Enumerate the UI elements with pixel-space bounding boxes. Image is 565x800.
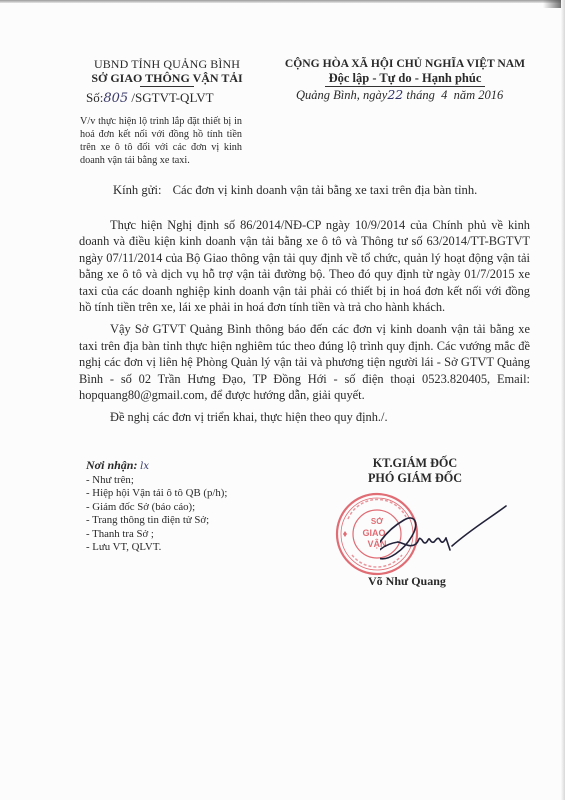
distribution-title: Nơi nhận:	[86, 458, 137, 472]
doc-number-handwritten: 805	[103, 91, 128, 106]
scanned-document-page: UBND TỈNH QUẢNG BÌNH SỞ GIAO THÔNG VẬN T…	[0, 0, 565, 800]
national-title: CỘNG HÒA XÃ HỘI CHỦ NGHĨA VIỆT NAM	[280, 57, 530, 71]
distribution-item: - Thanh tra Sở ;	[86, 528, 227, 542]
body-paragraph: Vậy Sở GTVT Quảng Bình thông báo đến các…	[79, 321, 530, 403]
handwritten-initials: lx	[140, 461, 149, 472]
place-prefix: Quảng Bình, ngày	[296, 88, 387, 102]
month-label: tháng	[406, 88, 434, 102]
signer-role-line2: PHÓ GIÁM ĐỐC	[350, 471, 480, 486]
year-label: năm	[454, 88, 476, 102]
distribution-item: - Như trên;	[86, 474, 227, 488]
signer-name: Võ Như Quang	[368, 574, 446, 589]
document-subject: V/v thực hiện lộ trình lắp đặt thiết bị …	[80, 115, 242, 167]
signature-title-block: KT.GIÁM ĐỐC PHÓ GIÁM ĐỐC	[350, 456, 480, 486]
distribution-item: - Giám đốc Sở (báo cáo);	[86, 501, 227, 515]
header-underline	[140, 86, 194, 87]
distribution-item: - Hiệp hội Vận tải ô tô QB (p/h);	[86, 487, 227, 501]
document-body: Thực hiện Nghị định số 86/2014/NĐ-CP ngà…	[79, 217, 530, 426]
issuing-authority-header: UBND TỈNH QUẢNG BÌNH SỞ GIAO THÔNG VẬN T…	[62, 57, 272, 107]
body-paragraph: Đề nghị các đơn vị triển khai, thực hiện…	[79, 409, 530, 425]
national-header: CỘNG HÒA XÃ HỘI CHỦ NGHĨA VIỆT NAM Độc l…	[280, 57, 530, 87]
place-and-date: Quảng Bình, ngày22 tháng 4 năm 2016	[296, 87, 503, 103]
distribution-list: Nơi nhận: lx - Như trên; - Hiệp hội Vận …	[86, 459, 227, 555]
distribution-item: - Trang thông tin điện tử Sở;	[86, 514, 227, 528]
authority-name: UBND TỈNH QUẢNG BÌNH	[62, 57, 272, 71]
year-value: 2016	[478, 88, 503, 102]
recipient-value: Các đơn vị kinh doanh vận tải bằng xe ta…	[173, 183, 478, 197]
doc-number-suffix: /SGTVT-QLVT	[131, 90, 213, 105]
body-paragraph: Thực hiện Nghị định số 86/2014/NĐ-CP ngà…	[79, 217, 530, 315]
distribution-item: - Lưu VT, QLVT.	[86, 541, 227, 555]
signer-role-line1: KT.GIÁM ĐỐC	[350, 456, 480, 471]
department-name: SỞ GIAO THÔNG VẬN TẢI	[62, 71, 272, 85]
scan-right-edge	[561, 0, 565, 800]
document-number: Số:805 /SGTVT-QLVT	[62, 89, 272, 107]
handwritten-signature	[380, 500, 520, 570]
scan-top-edge	[0, 0, 565, 3]
doc-number-prefix: Số:	[86, 90, 103, 105]
national-motto: Độc lập - Tự do - Hạnh phúc	[280, 71, 530, 86]
recipient-label: Kính gửi:	[113, 183, 161, 197]
recipient-line: Kính gửi: Các đơn vị kinh doanh vận tải …	[113, 183, 477, 198]
day-handwritten: 22	[387, 87, 403, 102]
month-value: 4	[441, 88, 447, 102]
